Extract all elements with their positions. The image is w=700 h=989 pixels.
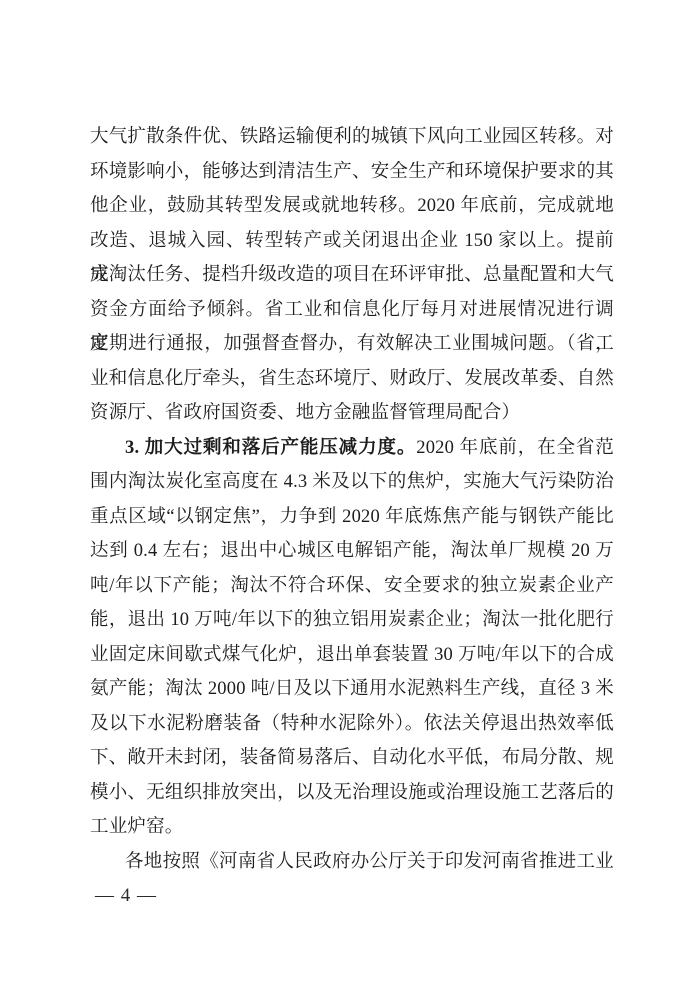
text-line: 他企业，鼓励其转型发展或就地转移。2020 年底前，完成就地 [90, 189, 614, 224]
text-line: 3. 加大过剩和落后产能压减力度。2020 年底前，在全省范 [90, 431, 614, 466]
page-number: — 4 — [95, 884, 157, 908]
text-line: 工业炉窑。 [90, 810, 614, 845]
text-line: 及以下水泥粉磨装备（特种水泥除外）。依法关停退出热效率低 [90, 707, 614, 742]
text-line: 业和信息化厅牵头，省生态环境厅、财政厅、发展改革委、自然 [90, 362, 614, 397]
text-line: 下、敞开未封闭，装备简易落后、自动化水平低，布局分散、规 [90, 741, 614, 776]
text-line: 各地按照《河南省人民政府办公厅关于印发河南省推进工业 [90, 845, 614, 880]
text-line: 业固定床间歇式煤气化炉，退出单套装置 30 万吨/年以下的合成 [90, 638, 614, 673]
text-line: 氨产能；淘汰 2000 吨/日及以下通用水泥熟料生产线，直径 3 米 [90, 672, 614, 707]
document-page: 大气扩散条件优、铁路运输便利的城镇下风向工业园区转移。对环境影响小，能够达到清洁… [0, 0, 700, 989]
text-line: 资源厅、省政府国资委、地方金融监督管理局配合） [90, 396, 614, 431]
text-line: 围内淘汰炭化室高度在 4.3 米及以下的焦炉，实施大气污染防治 [90, 465, 614, 500]
text-line: 达到 0.4 左右；退出中心城区电解铝产能，淘汰单厂规模 20 万 [90, 534, 614, 569]
text-line: 资金方面给予倾斜。省工业和信息化厅每月对进展情况进行调度， [90, 293, 614, 328]
text-line: 环境影响小，能够达到清洁生产、安全生产和环境保护要求的其 [90, 155, 614, 190]
body-text: 大气扩散条件优、铁路运输便利的城镇下风向工业园区转移。对环境影响小，能够达到清洁… [90, 120, 614, 879]
text-line: 成淘汰任务、提档升级改造的项目在环评审批、总量配置和大气 [90, 258, 614, 293]
text-line: 大气扩散条件优、铁路运输便利的城镇下风向工业园区转移。对 [90, 120, 614, 155]
paragraph-heading: 3. 加大过剩和落后产能压减力度。 [125, 438, 416, 458]
text-line: 重点区域“以钢定焦”，力争到 2020 年底炼焦产能与钢铁产能比 [90, 500, 614, 535]
text-line: 能，退出 10 万吨/年以下的独立铝用炭素企业；淘汰一批化肥行 [90, 603, 614, 638]
text-line: 改造、退城入园、转型转产或关闭退出企业 150 家以上。提前完 [90, 224, 614, 259]
text-line: 模小、无组织排放突出，以及无治理设施或治理设施工艺落后的 [90, 776, 614, 811]
text-line: 吨/年以下产能；淘汰不符合环保、安全要求的独立炭素企业产 [90, 569, 614, 604]
text-line: 定期进行通报，加强督查督办，有效解决工业围城问题。（省工 [90, 327, 614, 362]
